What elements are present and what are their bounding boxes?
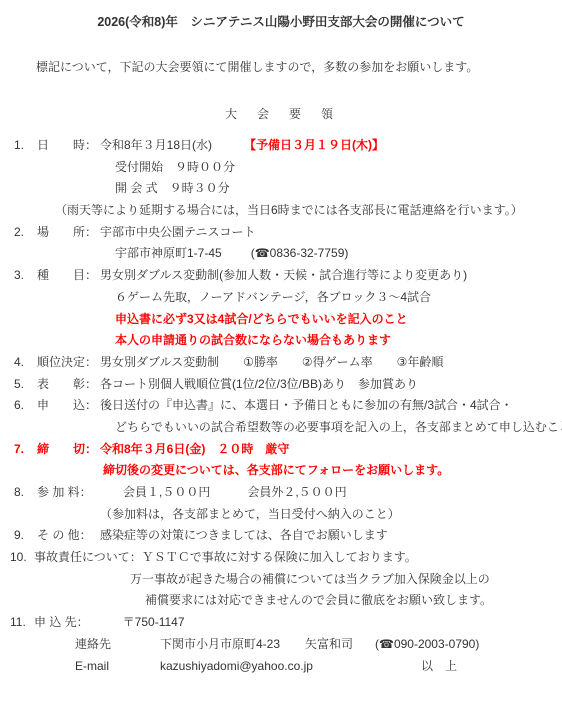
item1-rain-note: （雨天等により延期する場合には，当日6時までには各支部長に電話連絡を行います。） [55, 203, 523, 217]
item6-value-cont: どちらでもいいの試合希望数等の必要事項を記入の上，各支部まとめて申し込むこと [115, 420, 562, 434]
item2-venue: 宇部市中央公園テニスコート [100, 225, 256, 239]
item3-warning1-line: 申込書に必ず3又は4試合/どちらでもいいを記入のこと [0, 309, 562, 331]
item1-datetime-line: 1.日 時：令和8年３月18日(水)【予備日３月１９日(木)】 [0, 135, 562, 157]
item7-deadline-note-line: 締切後の変更については、各支部にてフォローをお願いします。 [0, 460, 562, 482]
item10-liability-cont1-line: 万一事故が起きた場合の補償については当クラブ加入保険金以上の [0, 569, 562, 591]
item1-reception: 受付開始 ９時００分 [115, 160, 235, 174]
item10-liability-line: 10.事故責任について：ＹＳＴＣで事故に対する保険に加入しております。 [0, 547, 562, 569]
item5-awards-line: 5.表 彰：各コート別個人戦順位賞(1位/2位/3位/BB)あり 参加賞あり [0, 374, 562, 396]
item6-value: 後日送付の『申込書』に、本選日・予備日ともに参加の有無/3試合・4試合・ [100, 398, 513, 412]
email-address: kazushiyadomi@yahoo.co.jp [160, 659, 313, 673]
item2-phone: (☎0836-32-7759) [251, 246, 349, 260]
document-page: 2026(令和8)年 シニアテニス山陽小野田支部大会の開催について 標記について… [0, 0, 562, 701]
item8-note: （参加料は，各支部まとめて，当日受付へ納入のこと） [100, 507, 400, 521]
item6-application-line: 6.申 込：後日送付の『申込書』に、本選日・予備日ともに参加の有無/3試合・4試… [0, 395, 562, 417]
item11-number: 11. [10, 612, 34, 634]
item4-value: 男女別ダブルス変動制 ①勝率 ②得ゲーム率 ③年齢順 [100, 355, 443, 369]
item2-address-line: 宇部市神原町1-7-45(☎0836-32-7759) [0, 243, 562, 265]
item11-contact-line: 連絡先下関市小月市原町4-23矢富和司(☎090-2003-0790) [0, 634, 562, 656]
item1-opening-line: 開 会 式 ９時３０分 [0, 178, 562, 200]
item3-warning1: 申込書に必ず3又は4試合/どちらでもいいを記入のこと [115, 312, 408, 326]
item9-value: 感染症等の対策につきましては、各自でお願いします [100, 528, 388, 542]
item11-postal-code: 〒750-1147 [123, 615, 185, 629]
contact-name: 矢富和司 [305, 634, 375, 656]
item5-number: 5. [14, 374, 37, 396]
item9-label: そ の 他： [37, 525, 100, 547]
item8-fee-line: 8.参 加 料：会員１,５００円会員外２,５００円 [0, 482, 562, 504]
item2-number: 2. [14, 222, 37, 244]
item11-apply-to-line: 11.申 込 先：〒750-1147 [0, 612, 562, 634]
item3-format: 男女別ダブルス変動制(参加人数・天候・試合進行等により変更あり) [100, 268, 467, 282]
item11-label: 申 込 先： [34, 615, 89, 629]
doc-title: 2026(令和8)年 シニアテニス山陽小野田支部大会の開催について [0, 0, 562, 32]
item3-number: 3. [14, 265, 37, 287]
item8-fee-note-line: （参加料は，各支部まとめて，当日受付へ納入のこと） [0, 504, 562, 526]
item2-address: 宇部市神原町1-7-45 [115, 246, 222, 260]
intro-paragraph: 標記について，下記の大会要領にて開催しますので，多数の参加をお願いします。 [36, 58, 562, 77]
item9-other-line: 9.そ の 他：感染症等の対策につきましては、各自でお願いします [0, 525, 562, 547]
item3-rules: ６ゲーム先取，ノーアドバンテージ，各ブロック３〜4試合 [115, 290, 431, 304]
item6-label: 申 込： [37, 395, 100, 417]
item8-fee-guest: 会員外２,５００円 [247, 485, 346, 499]
item7-value: 令和8年３月6日(金) ２０時 厳守 [100, 442, 289, 456]
item2-label: 場 所： [37, 222, 100, 244]
item3-format-line: 3.種 目：男女別ダブルス変動制(参加人数・天候・試合進行等により変更あり) [0, 265, 562, 287]
section-heading: 大 会 要 領 [0, 105, 562, 124]
item7-number: 7. [14, 439, 37, 461]
item4-label: 順位決定： [37, 352, 100, 374]
item10-value: ＹＳＴＣで事故に対する保険に加入しております。 [142, 550, 417, 564]
item5-value: 各コート別個人戦順位賞(1位/2位/3位/BB)あり 参加賞あり [100, 377, 418, 391]
item2-venue-line: 2.場 所：宇部市中央公園テニスコート [0, 222, 562, 244]
item1-rain-note-line: （雨天等により延期する場合には，当日6時までには各支部長に電話連絡を行います。） [0, 200, 562, 222]
contact-label: 連絡先 [75, 634, 160, 656]
item8-number: 8. [14, 482, 37, 504]
item4-ranking-line: 4.順位決定：男女別ダブルス変動制 ①勝率 ②得ゲーム率 ③年齢順 [0, 352, 562, 374]
item10-number: 10. [10, 547, 34, 569]
item7-deadline-line: 7.締 切：令和8年３月6日(金) ２０時 厳守 [0, 439, 562, 461]
item3-rules-line: ６ゲーム先取，ノーアドバンテージ，各ブロック３〜4試合 [0, 287, 562, 309]
item6-number: 6. [14, 395, 37, 417]
item4-number: 4. [14, 352, 37, 374]
item6-application-cont-line: どちらでもいいの試合希望数等の必要事項を記入の上，各支部まとめて申し込むこと [0, 417, 562, 439]
email-label: E-mail [75, 656, 160, 678]
item10-label: 事故責任について： [34, 550, 142, 564]
item11-email-line: E-mailkazushiyadomi@yahoo.co.jp以 上 [0, 656, 562, 678]
item8-fee-member: 会員１,５００円 [123, 485, 210, 499]
item7-note: 締切後の変更については、各支部にてフォローをお願いします。 [103, 463, 449, 477]
doc-body: 1.日 時：令和8年３月18日(水)【予備日３月１９日(木)】 受付開始 ９時０… [0, 135, 562, 677]
item5-label: 表 彰： [37, 374, 100, 396]
item1-number: 1. [14, 135, 37, 157]
item1-label: 日 時： [37, 135, 100, 157]
item10-liability-cont2-line: 補償要求には対応できませんので会員に徹底をお願い致します。 [0, 590, 562, 612]
item3-warning2-line: 本人の申請通りの試合数にならない場合もあります [0, 330, 562, 352]
item1-opening: 開 会 式 ９時３０分 [115, 181, 230, 195]
item10-cont1: 万一事故が起きた場合の補償については当クラブ加入保険金以上の [130, 572, 490, 586]
item9-number: 9. [14, 525, 37, 547]
item8-label: 参 加 料： [37, 482, 100, 504]
item3-warning2: 本人の申請通りの試合数にならない場合もあります [115, 333, 391, 347]
item1-reserve-date: 【予備日３月１９日(木)】 [244, 138, 384, 152]
contact-address: 下関市小月市原町4-23 [160, 634, 305, 656]
item3-label: 種 目： [37, 265, 100, 287]
item7-label: 締 切： [37, 439, 100, 461]
contact-phone: (☎090-2003-0790) [375, 637, 479, 651]
item10-cont2: 補償要求には対応できませんので会員に徹底をお願い致します。 [145, 593, 492, 607]
item1-date: 令和8年３月18日(水) [100, 138, 212, 152]
item1-reception-line: 受付開始 ９時００分 [0, 157, 562, 179]
closing-mark: 以 上 [421, 656, 457, 678]
